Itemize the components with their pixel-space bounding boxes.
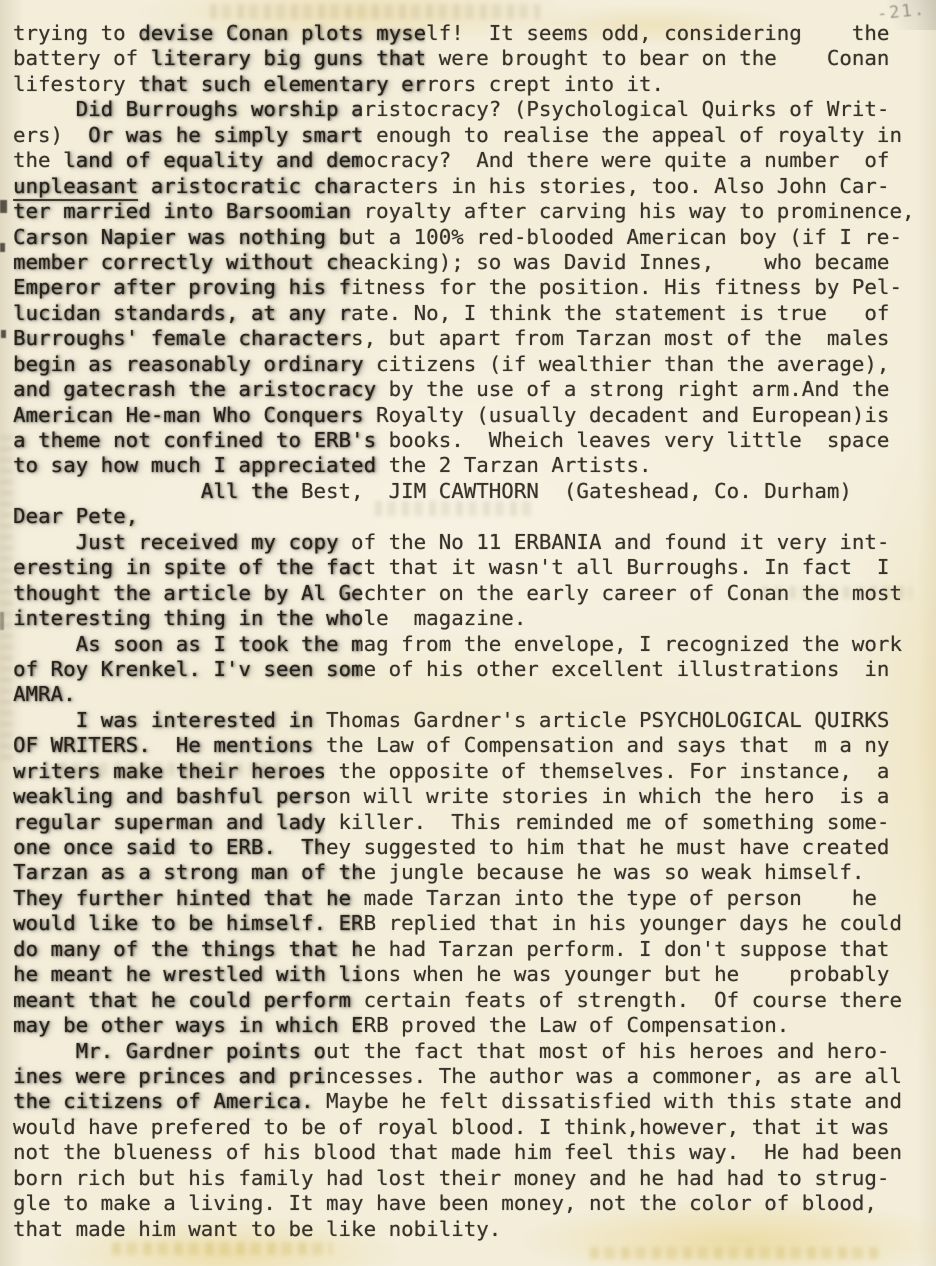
text-line: ines were princes and princesses. The au… [13, 1064, 925, 1089]
text-line: lifestory that such elementary errors cr… [13, 72, 925, 97]
text-line: member correctly without cheacking); so … [13, 250, 925, 275]
text-line: weakling and bashful person will write s… [13, 784, 925, 809]
scanned-letter-page: -21. trying to devise Conan plots myself… [0, 0, 936, 1266]
text-line: unpleasant aristocratic characters in hi… [13, 174, 925, 199]
text-line: meant that he could perform certain feat… [13, 988, 925, 1013]
edge-speck [1, 330, 6, 338]
text-line: interesting thing in the whole magazine. [13, 606, 925, 631]
text-line: All the Best, JIM CAWTHORN (Gateshead, C… [13, 479, 925, 504]
text-line: he meant he wrestled with lions when he … [13, 962, 925, 987]
text-line: would like to be himself. ERB replied th… [13, 911, 925, 936]
text-line: the land of equality and democracy? And … [13, 148, 925, 173]
text-line: Did Burroughs worship aristocracy? (Psyc… [13, 97, 925, 122]
underlined-word: unpleasant [13, 174, 138, 201]
text-line: born rich but his family had lost their … [13, 1166, 925, 1191]
text-line: of Roy Krenkel. I'v seen some of his oth… [13, 657, 925, 682]
text-line: writers make their heroes the opposite o… [13, 759, 925, 784]
text-line: ers) Or was he simply smart enough to re… [13, 123, 925, 148]
text-line: Mr. Gardner points out the fact that mos… [13, 1039, 925, 1064]
text-line: ter married into Barsoomian royalty afte… [13, 199, 925, 224]
text-line: the citizens of America. Maybe he felt d… [13, 1089, 925, 1114]
text-line: thought the article by Al Gechter on the… [13, 581, 925, 606]
text-line: a theme not confined to ERB's books. Whe… [13, 428, 925, 453]
text-line: regular superman and lady killer. This r… [13, 810, 925, 835]
edge-speck [0, 612, 4, 630]
text-line: and gatecrash the aristocracy by the use… [13, 377, 925, 402]
text-line: Emperor after proving his fitness for th… [13, 275, 925, 300]
text-line: AMRA. [13, 682, 925, 707]
text-line: eresting in spite of the fact that it wa… [13, 555, 925, 580]
text-line: would have prefered to be of royal blood… [13, 1115, 925, 1140]
text-line: begin as reasonably ordinary citizens (i… [13, 352, 925, 377]
text-line: may be other ways in which ERB proved th… [13, 1013, 925, 1038]
text-line: battery of literary big guns that were b… [13, 46, 925, 71]
bleedthrough-mark [590, 1247, 880, 1259]
text-line: not the blueness of his blood that made … [13, 1140, 925, 1165]
text-line: As soon as I took the mag from the envel… [13, 632, 925, 657]
text-line: Tarzan as a strong man of the jungle bec… [13, 860, 925, 885]
text-line: Dear Pete, [13, 504, 925, 529]
text-line: Carson Napier was nothing but a 100% red… [13, 225, 925, 250]
edge-speck [0, 200, 7, 213]
bleedthrough-mark [0, 430, 13, 760]
edge-speck [0, 243, 5, 252]
text-line: Just received my copy of the No 11 ERBAN… [13, 530, 925, 555]
typewritten-text: trying to devise Conan plots myself! It … [13, 21, 925, 1247]
text-line: They further hinted that he made Tarzan … [13, 886, 925, 911]
text-line: that made him want to be like nobility. [13, 1217, 925, 1242]
text-line: I was interested in Thomas Gardner's art… [13, 708, 925, 733]
text-line: one once said to ERB. They suggested to … [13, 835, 925, 860]
text-line: American He-man Who Conquers Royalty (us… [13, 403, 925, 428]
text-line: do many of the things that he had Tarzan… [13, 937, 925, 962]
text-line: trying to devise Conan plots myself! It … [13, 21, 925, 46]
text-line: gle to make a living. It may have been m… [13, 1191, 925, 1216]
text-line: lucidan standards, at any rate. No, I th… [13, 301, 925, 326]
text-line: Burroughs' female characters, but apart … [13, 326, 925, 351]
text-line: to say how much I appreciated the 2 Tarz… [13, 453, 925, 478]
text-line: OF WRITERS. He mentions the Law of Compe… [13, 733, 925, 758]
bleedthrough-mark [210, 4, 540, 19]
